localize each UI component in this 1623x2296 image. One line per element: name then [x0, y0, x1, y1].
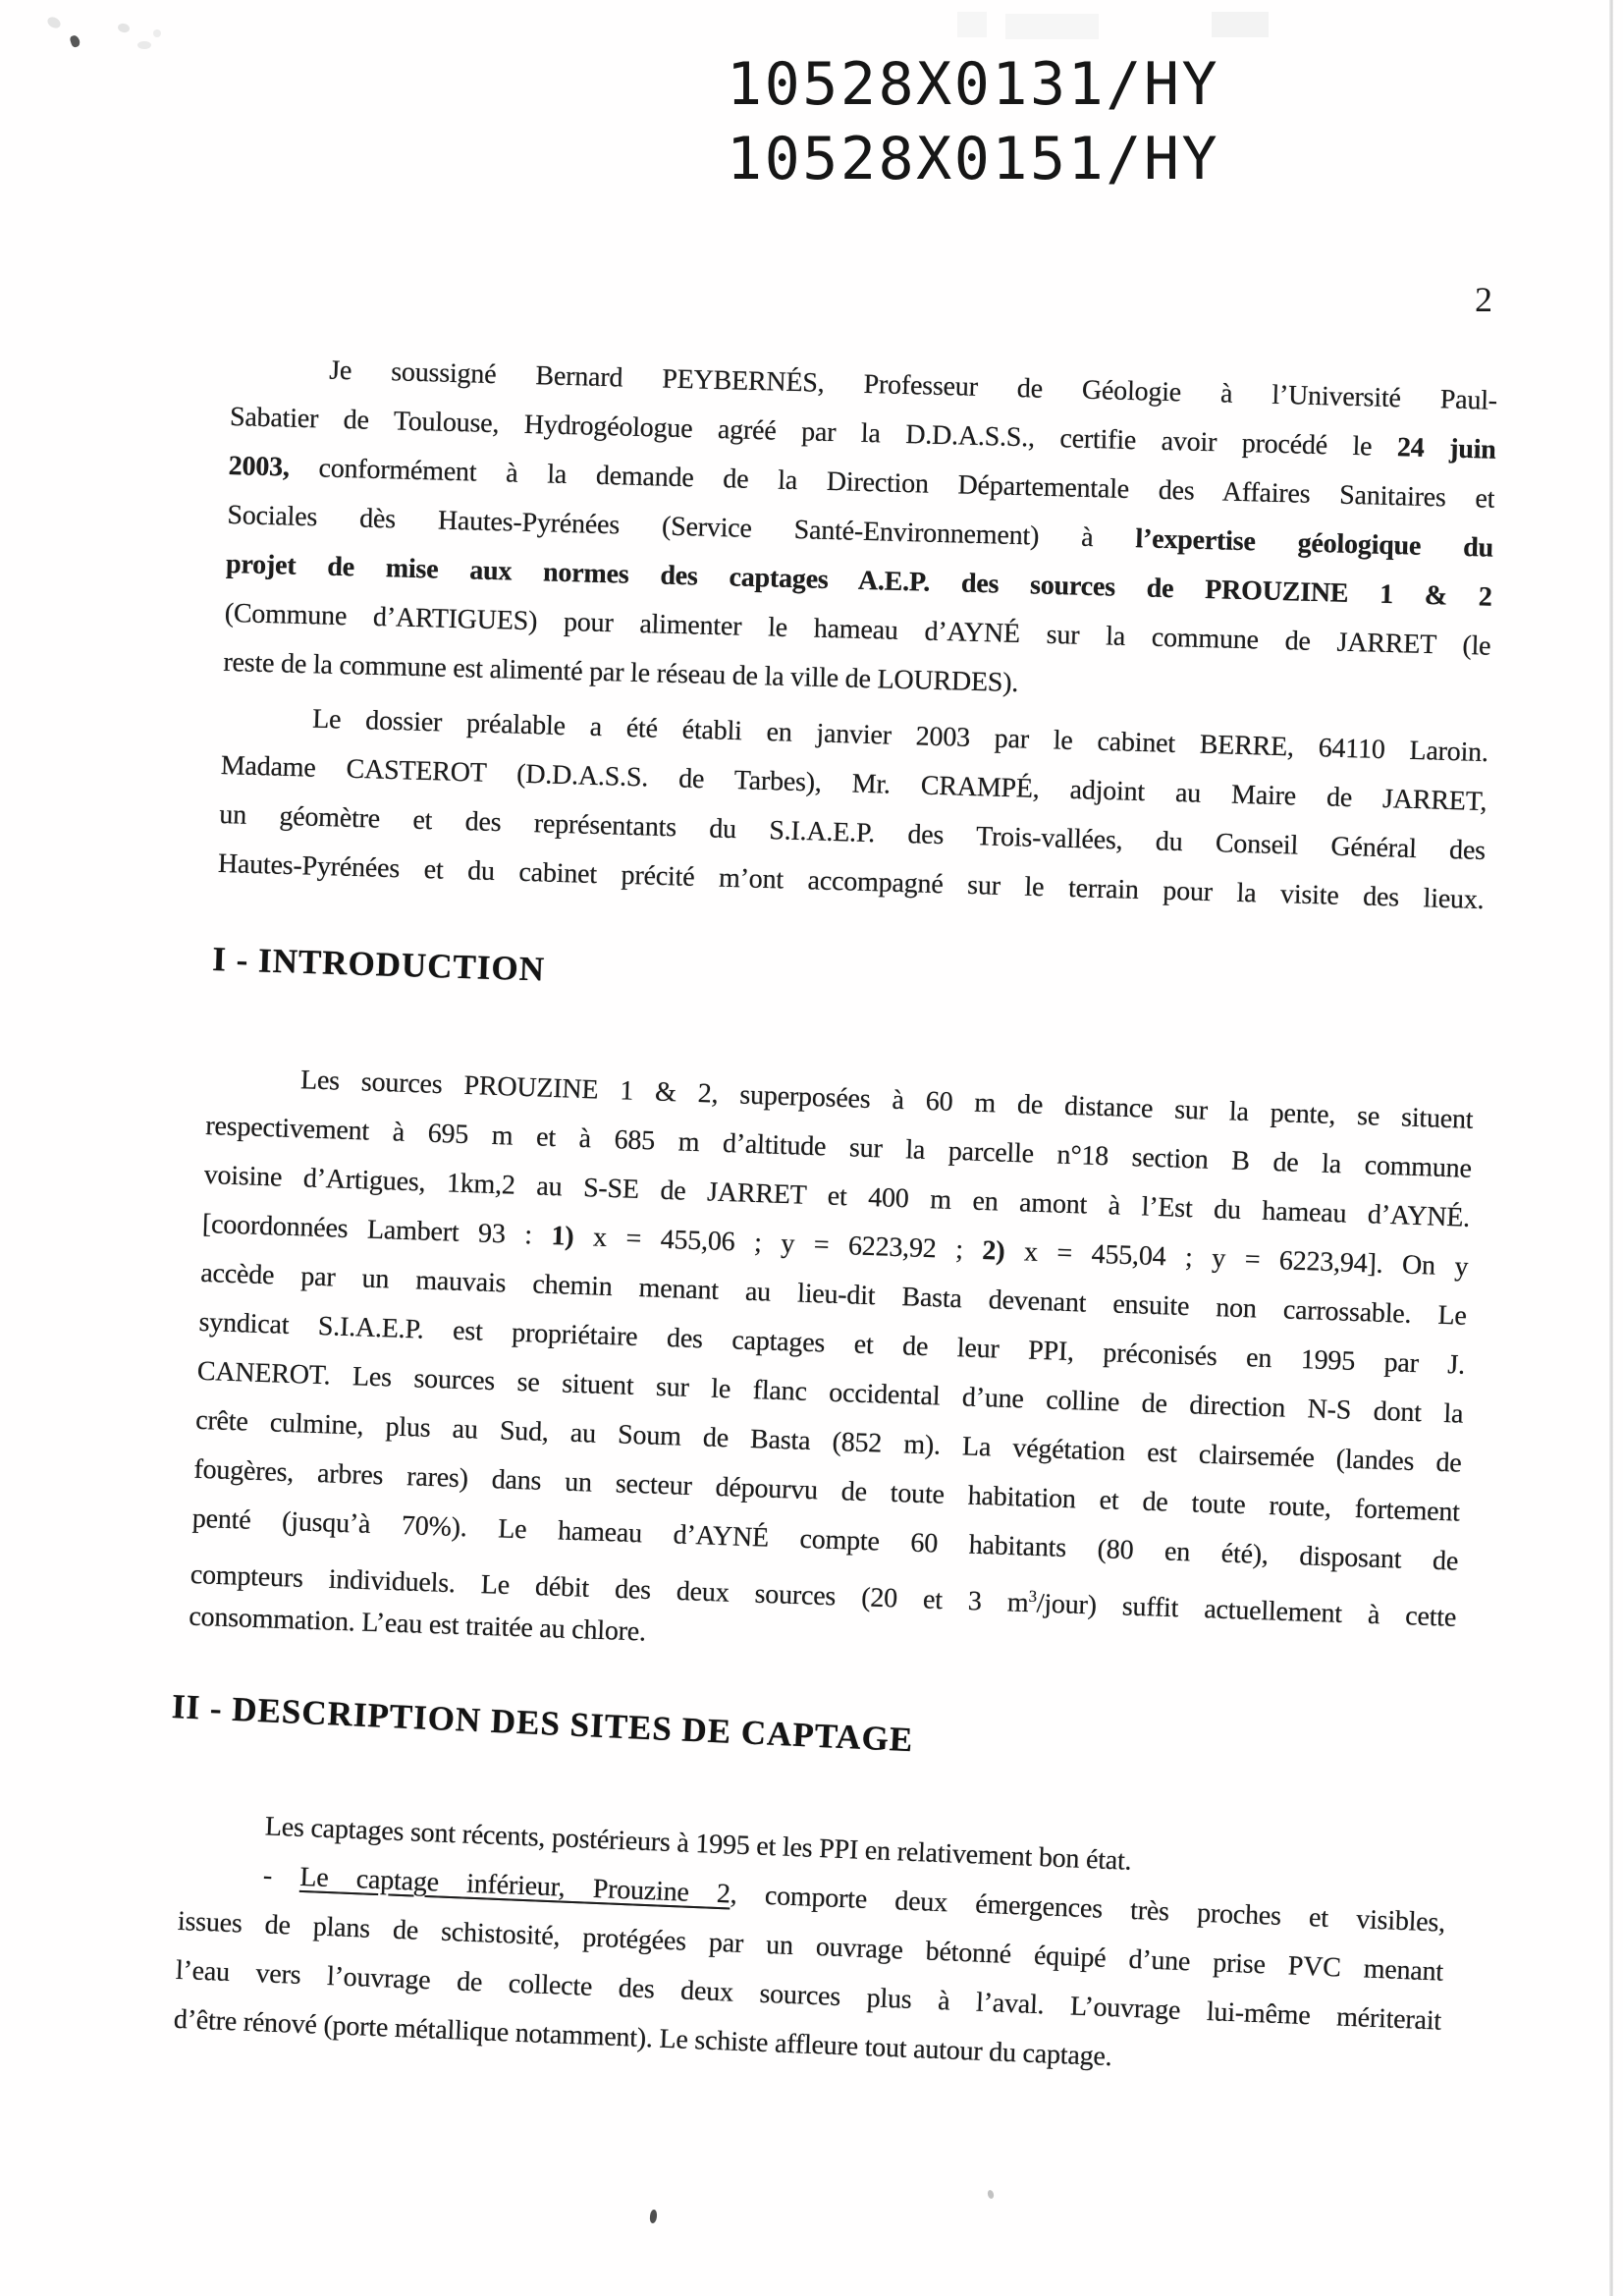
- scan-artifact: [117, 23, 131, 33]
- paragraph: Je soussigné Bernard PEYBERNÉS, Professe…: [223, 344, 1498, 721]
- page-number: 2: [1475, 279, 1492, 320]
- archive-code-1: 10528X0131/HY: [727, 47, 1219, 122]
- text-segment: consommation. L’eau est traitée au chlor…: [189, 1602, 646, 1648]
- text-segment: Le captage inférieur, Prouzine 2: [299, 1862, 731, 1910]
- section-heading: II - DESCRIPTION DES SITES DE CAPTAGE: [171, 1685, 914, 1762]
- text-segment: l’expertise géologique du: [1135, 523, 1493, 564]
- archive-codes: 10528X0131/HY 10528X0151/HY: [727, 47, 1219, 196]
- text-segment: 1): [551, 1221, 574, 1252]
- archive-code-2: 10528X0151/HY: [727, 122, 1219, 196]
- scan-artifact: [649, 2210, 658, 2224]
- text-segment: -: [262, 1860, 300, 1891]
- scan-artifact: [987, 2189, 995, 2199]
- section-heading: I - INTRODUCTION: [212, 938, 546, 992]
- document-page: 10528X0131/HY 10528X0151/HY 2 Je soussig…: [0, 0, 1623, 2296]
- text-segment: [coordonnées Lambert 93 :: [202, 1209, 553, 1251]
- paragraph: Les captages sont récents, postérieurs à…: [173, 1799, 1448, 2096]
- scan-artifact: [137, 41, 151, 49]
- scan-artifact: [69, 34, 81, 48]
- text-segment: x = 455,06 ; y = 6223,92 ;: [573, 1222, 983, 1266]
- scan-edge-line: [1609, 0, 1613, 2296]
- paragraph: Les sources PROUZINE 1 & 2, superposées …: [189, 1053, 1475, 1685]
- text-segment: 2): [982, 1235, 1005, 1267]
- scan-artifact: [153, 29, 161, 37]
- text-segment: x = 455,04 ; y = 6223,94]. On y: [1004, 1236, 1469, 1283]
- scan-artifact: [45, 15, 62, 30]
- scan-smudge: [1005, 14, 1099, 39]
- scan-smudge: [1212, 12, 1269, 37]
- text-segment: 2003,: [228, 451, 290, 483]
- text-segment: 24 juin: [1397, 432, 1496, 465]
- paragraph: Le dossier préalable a été établi en jan…: [217, 692, 1488, 925]
- scan-smudge: [957, 12, 987, 37]
